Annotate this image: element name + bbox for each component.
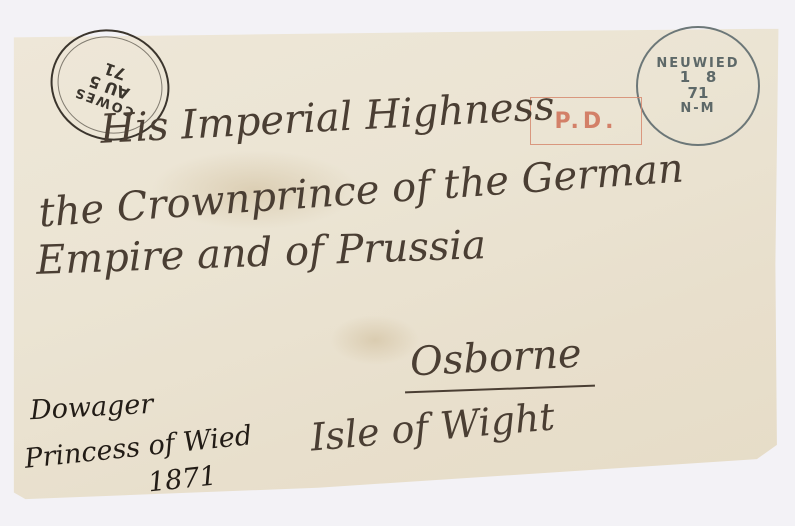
postmark-year: 71 bbox=[656, 86, 739, 102]
postmark-date: AU 5 bbox=[77, 68, 142, 105]
address-line-4: Osborne bbox=[409, 331, 583, 386]
postmark-bottom: N-M bbox=[656, 102, 739, 116]
postmark-neuwied: NEUWIED 1 8 71 N-M bbox=[636, 26, 760, 146]
postmark-year: 71 bbox=[83, 52, 148, 89]
sender-line-1: Dowager bbox=[29, 389, 154, 426]
water-stain bbox=[330, 315, 420, 365]
sender-line-3: 1871 bbox=[147, 460, 219, 498]
